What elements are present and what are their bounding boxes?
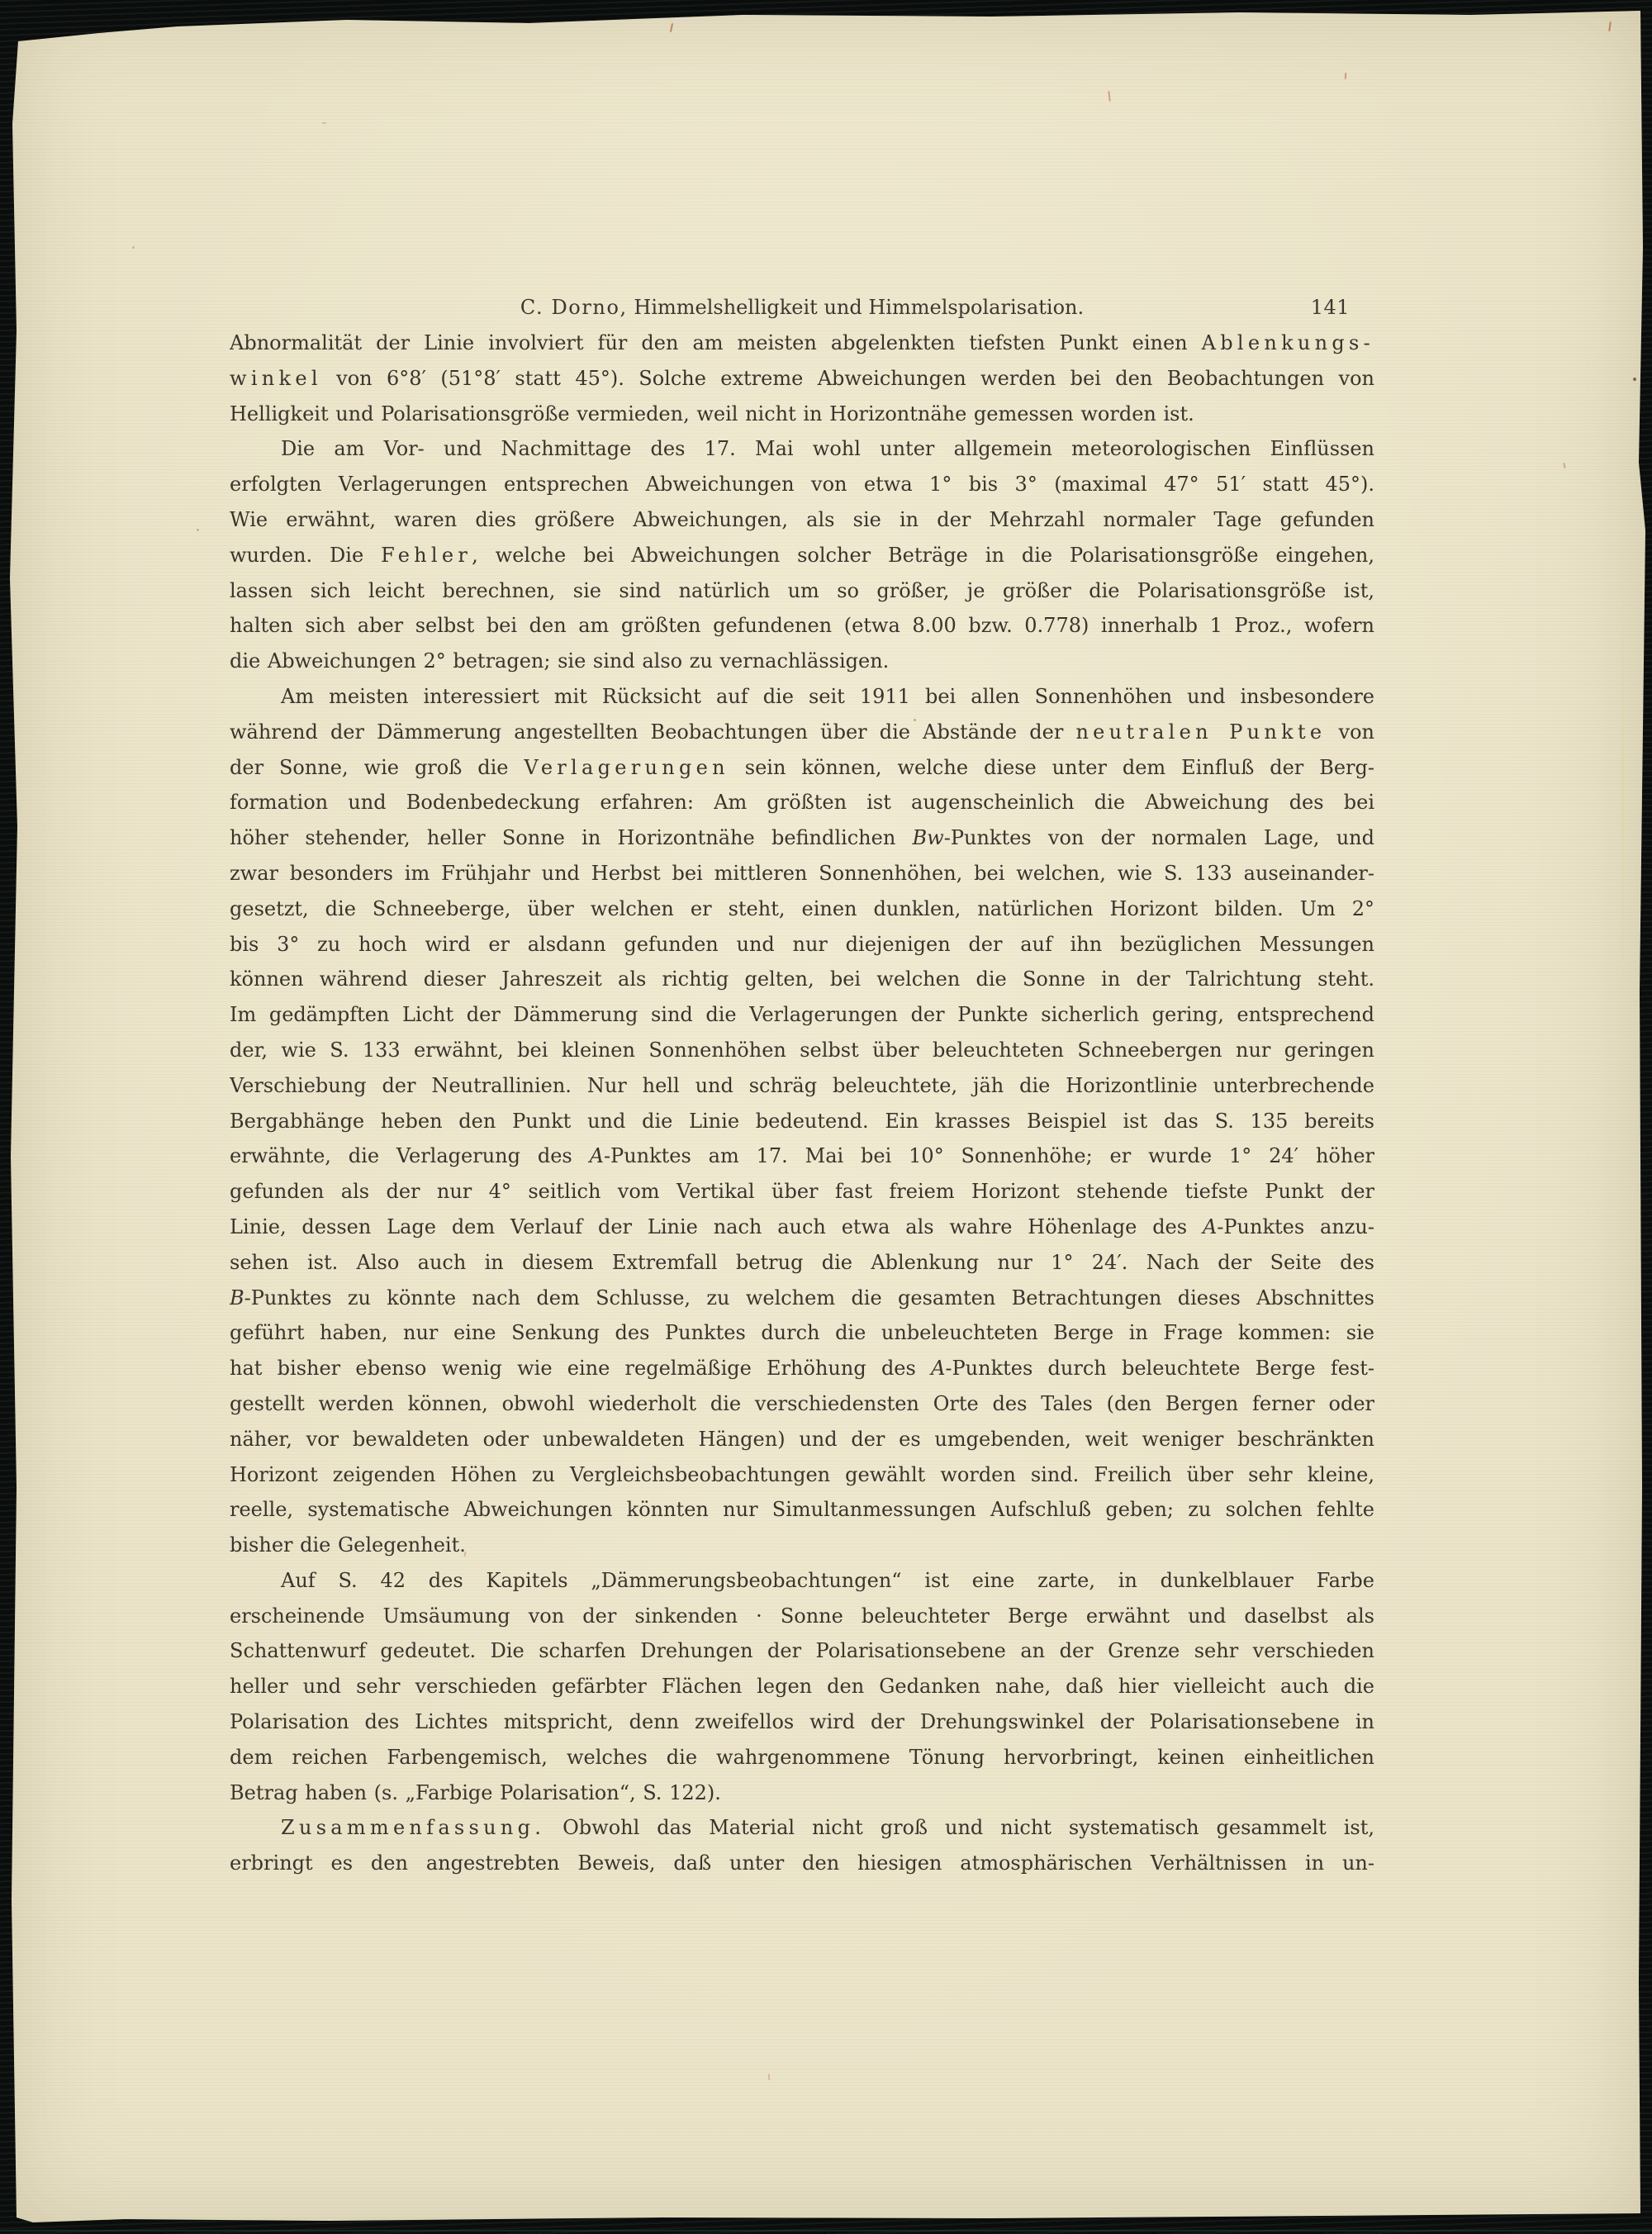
text-run: näher, vor bewaldeten oder unbewaldeten …: [230, 1428, 1374, 1451]
text-run: heller und sehr verschieden gefärbter Fl…: [230, 1675, 1374, 1698]
letterspaced-term: Verlagerungen: [524, 756, 729, 779]
text-run: erwähnte, die Verlagerung des: [230, 1144, 590, 1167]
text-line: formation und Bodenbedeckung erfahren: A…: [230, 785, 1374, 820]
text-run: Im gedämpften Licht der Dämmerung sind d…: [230, 1003, 1374, 1026]
text-line: bisher die Gelegenheit.: [230, 1528, 1374, 1563]
text-line: Am meisten interessiert mit Rücksicht au…: [230, 679, 1374, 715]
text-run: halten sich aber selbst bei den am größt…: [230, 614, 1374, 637]
text-run: Helligkeit und Polarisationsgröße vermie…: [230, 402, 1194, 425]
text-run: die Abweichungen 2° betragen; sie sind a…: [230, 649, 889, 673]
text-run: dem reichen Farbengemisch, welches die w…: [230, 1746, 1374, 1769]
paper-dot: [132, 246, 135, 249]
text-line: der, wie S. 133 erwähnt, bei kleinen Son…: [230, 1033, 1374, 1068]
text-run: höher stehender, heller Sonne in Horizon…: [230, 826, 913, 849]
text-run: der, wie S. 133 erwähnt, bei kleinen Son…: [230, 1039, 1374, 1062]
text-run: erfolgten Verlagerungen entsprechen Abwe…: [230, 473, 1374, 496]
text-run: hat bisher ebenso wenig wie eine regelmä…: [230, 1357, 931, 1380]
page-number: 141: [1311, 294, 1350, 321]
paper-fiber-speck: [1608, 21, 1612, 31]
scan-background: C. Dorno, Himmelshelligkeit und Himmelsp…: [0, 0, 1652, 2234]
text-run: Polarisation des Lichtes mitspricht, den…: [230, 1710, 1374, 1733]
text-run: von 6°8′ (51°8′ statt 45°). Solche extre…: [322, 367, 1374, 390]
text-run: -Punktes von der normalen Lage, und: [944, 826, 1374, 849]
text-run: Horizont zeigenden Höhen zu Vergleichsbe…: [230, 1463, 1374, 1486]
text-run: geführt haben, nur eine Senkung des Punk…: [230, 1321, 1374, 1344]
text-line: Helligkeit und Polarisationsgröße vermie…: [230, 397, 1374, 432]
scanner-artifact-line: [0, 2230, 1652, 2232]
text-line: Betrag haben (s. „Farbige Polarisation“,…: [230, 1775, 1374, 1811]
text-run: zwar besonders im Frühjahr und Herbst be…: [230, 862, 1374, 885]
letterspaced-term: Ablenkungs-: [1202, 331, 1374, 354]
italic-term: A: [931, 1357, 945, 1380]
running-title: C. Dorno, Himmelshelligkeit und Himmelsp…: [520, 296, 1084, 319]
text-run: wurden. Die: [230, 544, 381, 567]
text-run: -Punktes anzu-: [1217, 1215, 1374, 1238]
text-run: der Sonne, wie groß die: [230, 756, 524, 779]
paper-dot: [197, 529, 199, 531]
running-header: C. Dorno, Himmelshelligkeit und Himmelsp…: [230, 294, 1374, 321]
text-run: gesetzt, die Schneeberge, über welchen e…: [230, 897, 1374, 920]
text-line: können während dieser Jahreszeit als ric…: [230, 962, 1374, 997]
text-line: winkel von 6°8′ (51°8′ statt 45°). Solch…: [230, 361, 1374, 397]
paper-fiber-speck: [1563, 463, 1565, 468]
text-line: zwar besonders im Frühjahr und Herbst be…: [230, 856, 1374, 891]
text-run: sein können, welche diese unter dem Einf…: [729, 756, 1374, 779]
text-line: bis 3° zu hoch wird er alsdann gefunden …: [230, 927, 1374, 963]
book-page: C. Dorno, Himmelshelligkeit und Himmelsp…: [0, 0, 1652, 2234]
text-run: erbringt es den angestrebten Beweis, daß…: [230, 1851, 1374, 1875]
text-line: reelle, systematische Abweichungen könnt…: [230, 1492, 1374, 1528]
text-run: , welche bei Abweichungen solcher Beträg…: [472, 544, 1374, 567]
text-run: Betrag haben (s. „Farbige Polarisation“,…: [230, 1781, 721, 1804]
italic-term: A: [590, 1144, 604, 1167]
text-run: -Punktes am 17. Mai bei 10° Sonnenhöhe; …: [604, 1144, 1374, 1167]
letterspaced-term: winkel: [230, 367, 322, 390]
text-line: Schattenwurf gedeutet. Die scharfen Dreh…: [230, 1633, 1374, 1669]
text-line: höher stehender, heller Sonne in Horizon…: [230, 820, 1374, 856]
text-run: lassen sich leicht berechnen, sie sind n…: [230, 579, 1374, 602]
text-run: während der Dämmerung angestellten Beoba…: [230, 720, 1075, 744]
text-run: Abnormalität der Linie involviert für de…: [230, 331, 1202, 354]
paper-fiber-speck: [1345, 73, 1347, 79]
text-run: von: [1326, 720, 1374, 744]
text-run: gefunden als der nur 4° seitlich vom Ver…: [230, 1180, 1374, 1203]
text-line: die Abweichungen 2° betragen; sie sind a…: [230, 644, 1374, 679]
text-line: Auf S. 42 des Kapitels „Dämmerungsbeobac…: [230, 1563, 1374, 1599]
text-line: erfolgten Verlagerungen entsprechen Abwe…: [230, 467, 1374, 502]
text-line: Bergabhänge heben den Punkt und die Lini…: [230, 1104, 1374, 1139]
text-run: Am meisten interessiert mit Rücksicht au…: [281, 685, 1374, 708]
text-line: Verschiebung der Neutrallinien. Nur hell…: [230, 1068, 1374, 1104]
paper-dot: [914, 719, 916, 721]
text-line: lassen sich leicht berechnen, sie sind n…: [230, 573, 1374, 609]
text-line: Abnormalität der Linie involviert für de…: [230, 326, 1374, 361]
letterspaced-term: Zusammenfassung.: [281, 1816, 545, 1839]
text-line: erwähnte, die Verlagerung des A-Punktes …: [230, 1138, 1374, 1174]
italic-term: B: [230, 1286, 244, 1310]
paper-crease: [1621, 562, 1624, 1024]
paper-fiber-speck: [322, 122, 326, 124]
text-line: gefunden als der nur 4° seitlich vom Ver…: [230, 1174, 1374, 1210]
text-run: sehen ist. Also auch in diesem Extremfal…: [230, 1251, 1374, 1274]
text-line: sehen ist. Also auch in diesem Extremfal…: [230, 1245, 1374, 1281]
text-line: während der Dämmerung angestellten Beoba…: [230, 715, 1374, 750]
paper-dot: [1633, 378, 1636, 381]
text-block: Abnormalität der Linie involviert für de…: [230, 326, 1374, 1881]
text-run: -Punktes zu könnte nach dem Schlusse, zu…: [244, 1286, 1374, 1310]
text-line: Polarisation des Lichtes mitspricht, den…: [230, 1704, 1374, 1740]
text-run: können während dieser Jahreszeit als ric…: [230, 967, 1374, 991]
text-run: formation und Bodenbedeckung erfahren: A…: [230, 791, 1374, 814]
text-line: halten sich aber selbst bei den am größt…: [230, 608, 1374, 644]
text-run: Auf S. 42 des Kapitels „Dämmerungsbeobac…: [281, 1569, 1374, 1592]
text-run: gestellt werden können, obwohl wiederhol…: [230, 1392, 1374, 1415]
text-line: Wie erwähnt, waren dies größere Abweichu…: [230, 502, 1374, 538]
letterspaced-term: Fehler: [381, 544, 472, 567]
text-run: Obwohl das Material nicht groß und nicht…: [545, 1816, 1374, 1839]
text-line: geführt haben, nur eine Senkung des Punk…: [230, 1315, 1374, 1351]
text-line: erscheinende Umsäumung von der sinkenden…: [230, 1599, 1374, 1634]
text-run: Linie, dessen Lage dem Verlauf der Linie…: [230, 1215, 1203, 1238]
text-run: Schattenwurf gedeutet. Die scharfen Dreh…: [230, 1639, 1374, 1662]
text-run: Verschiebung der Neutrallinien. Nur hell…: [230, 1074, 1374, 1097]
italic-term: Bw: [913, 826, 944, 849]
running-title-text: Himmelshelligkeit und Himmelspolarisatio…: [628, 296, 1084, 319]
text-line: Im gedämpften Licht der Dämmerung sind d…: [230, 997, 1374, 1033]
text-run: Die am Vor- und Nachmittage des 17. Mai …: [281, 437, 1374, 460]
paper-fiber-speck: [1108, 91, 1110, 102]
text-line: der Sonne, wie groß die Verlagerungen se…: [230, 750, 1374, 786]
text-line: Horizont zeigenden Höhen zu Vergleichsbe…: [230, 1457, 1374, 1493]
letterspaced-term: neutralen Punkte: [1075, 720, 1326, 744]
text-run: -Punktes durch beleuchtete Berge fest-: [945, 1357, 1374, 1380]
text-line: Zusammenfassung. Obwohl das Material nic…: [230, 1810, 1374, 1846]
running-title-author: C. Dorno,: [520, 296, 628, 319]
text-line: gestellt werden können, obwohl wiederhol…: [230, 1386, 1374, 1422]
text-line: wurden. Die Fehler, welche bei Abweichun…: [230, 538, 1374, 573]
text-line: hat bisher ebenso wenig wie eine regelmä…: [230, 1351, 1374, 1386]
text-run: reelle, systematische Abweichungen könnt…: [230, 1498, 1374, 1521]
text-line: gesetzt, die Schneeberge, über welchen e…: [230, 891, 1374, 927]
paper-fiber-speck: [768, 2074, 771, 2080]
text-line: B-Punktes zu könnte nach dem Schlusse, z…: [230, 1281, 1374, 1316]
text-line: heller und sehr verschieden gefärbter Fl…: [230, 1669, 1374, 1704]
text-run: bis 3° zu hoch wird er alsdann gefunden …: [230, 933, 1374, 956]
text-line: Linie, dessen Lage dem Verlauf der Linie…: [230, 1210, 1374, 1245]
text-line: dem reichen Farbengemisch, welches die w…: [230, 1740, 1374, 1775]
paper-fiber-speck: [670, 23, 673, 32]
italic-term: A: [1203, 1215, 1217, 1238]
text-run: bisher die Gelegenheit.: [230, 1533, 466, 1557]
text-line: Die am Vor- und Nachmittage des 17. Mai …: [230, 431, 1374, 467]
text-run: erscheinende Umsäumung von der sinkenden…: [230, 1604, 1374, 1628]
text-run: Wie erwähnt, waren dies größere Abweichu…: [230, 508, 1374, 531]
text-line: erbringt es den angestrebten Beweis, daß…: [230, 1846, 1374, 1881]
text-run: Bergabhänge heben den Punkt und die Lini…: [230, 1110, 1374, 1133]
text-line: näher, vor bewaldeten oder unbewaldeten …: [230, 1422, 1374, 1457]
